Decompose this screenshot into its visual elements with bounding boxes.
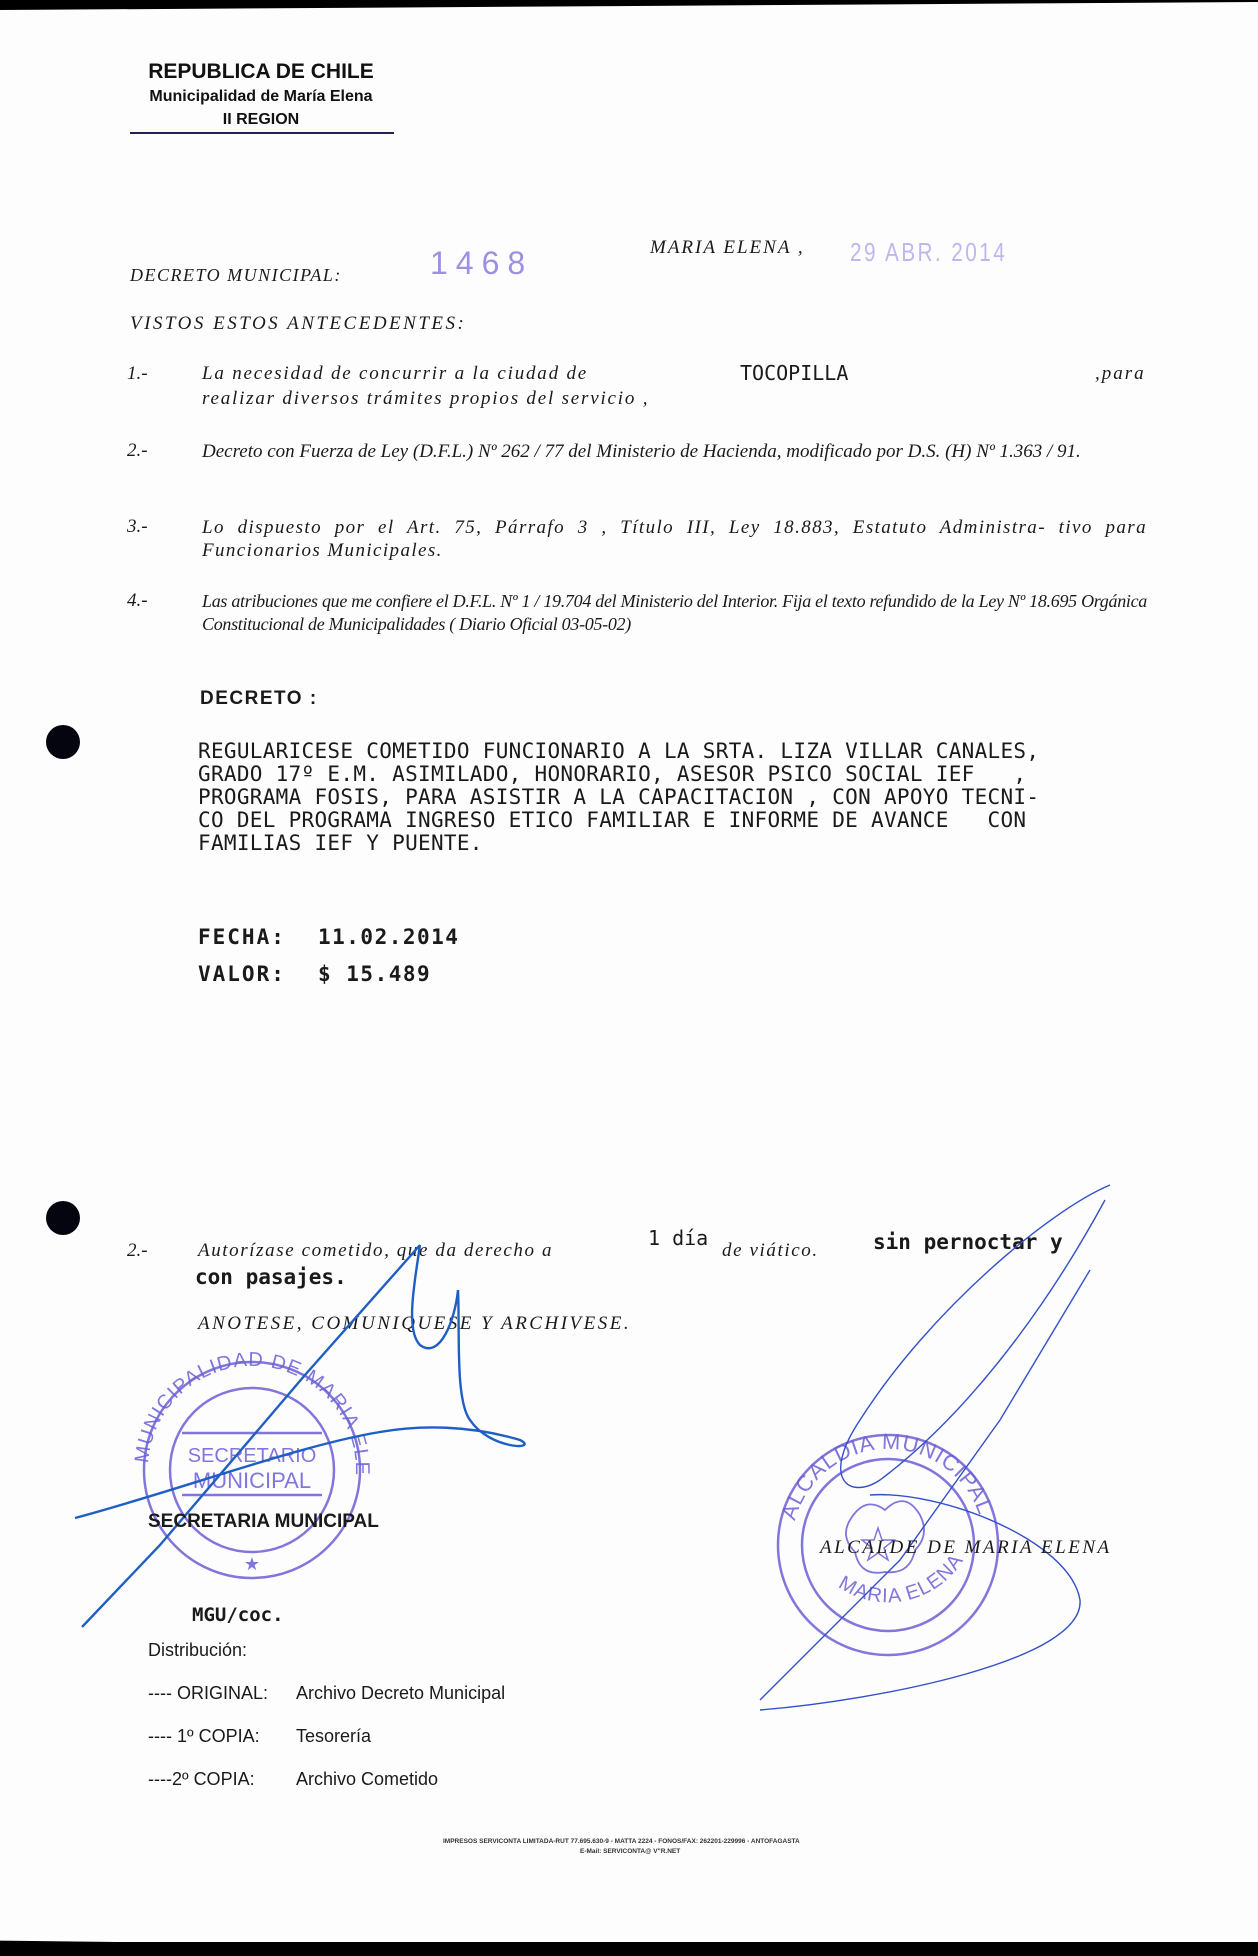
distribution-title: Distribución: — [148, 1640, 247, 1661]
secretaria-stamp-center-2: MUNICIPAL — [193, 1468, 311, 1493]
scanned-document-page: REPUBLICA DE CHILE Municipalidad de Marí… — [0, 0, 1258, 1956]
stamps-and-signatures: MUNICIPALIDAD DE MARIA ELENA SECRETARIO … — [0, 0, 1258, 1956]
printer-footer-line-2: E-Mail: SERVICONTA@ V"R.NET — [580, 1848, 680, 1855]
distribution-row-2-dest: Tesorería — [296, 1726, 371, 1747]
alcalde-title: ALCALDE DE MARIA ELENA — [820, 1537, 1112, 1559]
star-icon: ★ — [244, 1554, 260, 1574]
secretaria-stamp-ring-text: MUNICIPALIDAD DE MARIA ELENA — [0, 0, 373, 1476]
distribution-row-3-dest: Archivo Cometido — [296, 1769, 438, 1790]
distribution-row-3-prefix: ----2º COPIA: — [148, 1769, 255, 1790]
distribution-row-2-prefix: ---- 1º COPIA: — [148, 1726, 260, 1747]
secretaria-title: SECRETARIA MUNICIPAL — [148, 1511, 379, 1533]
scan-edge-bottom-band — [0, 1942, 1258, 1956]
initials: MGU/coc. — [192, 1604, 284, 1626]
distribution-row-1-prefix: ---- ORIGINAL: — [148, 1683, 268, 1704]
printer-footer-line-1: IMPRESOS SERVICONTA LIMITADA-RUT 77.695.… — [443, 1838, 800, 1845]
distribution-row-1-dest: Archivo Decreto Municipal — [296, 1683, 505, 1704]
